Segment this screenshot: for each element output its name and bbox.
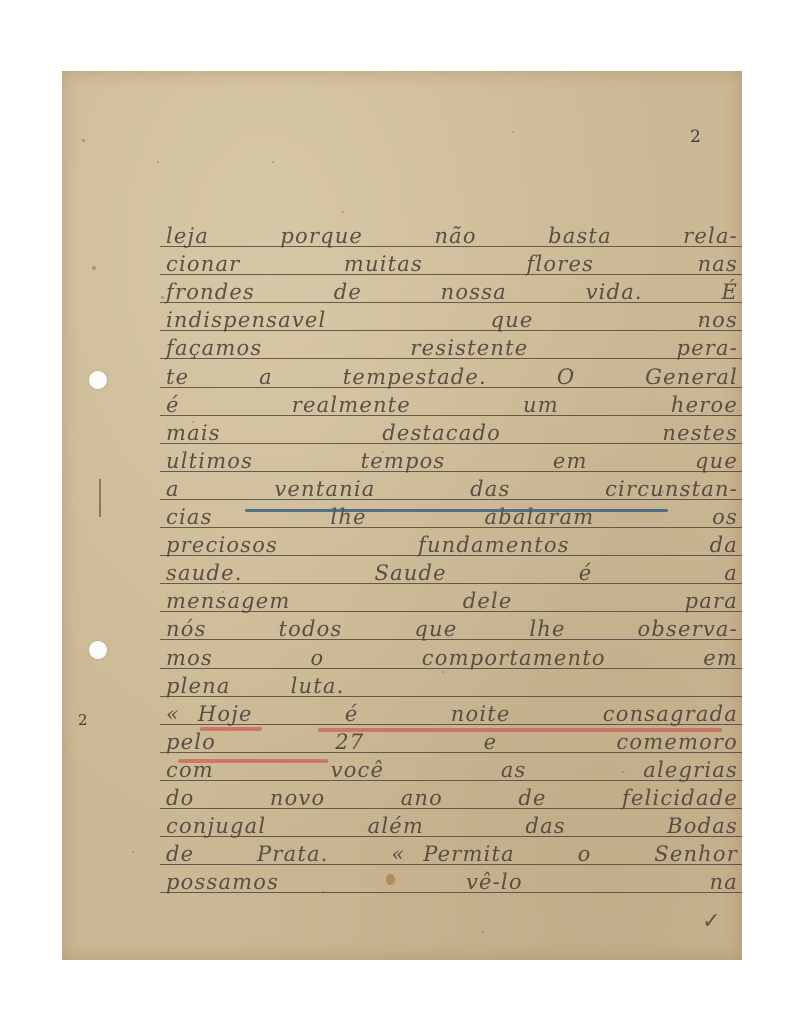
paper-speck [82,139,85,142]
paper-speck [512,131,514,133]
handwritten-word: fundamentos [418,533,570,557]
handwritten-word: é [166,393,180,417]
handwritten-word: o [310,646,324,670]
paper-speck [572,371,574,373]
handwritten-word: na [710,870,738,894]
handwritten-word: cionar [166,252,240,276]
paper-speck [157,161,159,163]
handwritten-word: que [414,617,457,641]
handwritten-word: observa- [638,617,738,641]
handwritten-word: lhe [529,617,565,641]
handwritten-word: a [166,477,180,501]
handwritten-word: de [334,280,362,304]
handwritten-word: das [525,814,565,838]
handwritten-word: luta. [291,674,345,698]
handwritten-word: comportamento [422,646,606,670]
paper-speck [702,321,704,323]
handwritten-word: te [166,365,189,389]
handwritten-word: circunstan- [605,477,738,501]
paper-speck [132,851,134,853]
red-pencil-underline-pelo-27 [178,759,328,763]
handwritten-word: do [166,786,195,810]
handwritten-word: nós [166,617,207,641]
handwritten-word: porque [280,224,363,248]
handwritten-line: teatempestade.OGeneral [166,365,738,389]
handwritten-word: felicidade [622,786,738,810]
handwritten-line: indispensavelquenos [166,308,738,332]
handwritten-word: tempestade. [343,365,487,389]
paper-speck [482,931,484,933]
paper-speck [192,421,194,423]
handwritten-line: donovoanodefelicidade [166,786,738,810]
handwritten-word: os [712,505,738,529]
handwritten-word: resistente [410,336,528,360]
paper-speck [562,831,564,833]
handwritten-word: saude. [166,561,243,585]
handwritten-line: « Hojeénoiteconsagrada [166,702,738,726]
handwritten-word: a [724,561,738,585]
handwritten-word: mos [166,646,213,670]
handwritten-word: ventania [274,477,375,501]
handwritten-line: cionarmuitasfloresnas [166,252,738,276]
handwritten-line: saude.Saudeéa [166,561,738,585]
handwritten-word: plena [166,674,231,698]
handwritten-word: preciosos [166,533,278,557]
handwritten-word: as [501,758,527,782]
handwritten-word: todos [278,617,342,641]
margin-number: 2 [78,711,88,729]
page-number: 2 [690,127,701,147]
handwritten-word: da [710,533,738,557]
handwritten-word: tempos [361,449,446,473]
punch-hole-top [89,371,107,389]
handwritten-word: Senhor [654,842,738,866]
handwritten-word: alegrias [643,758,738,782]
handwritten-word: É [721,280,738,304]
handwritten-word: ano [401,786,443,810]
handwritten-word: O [557,365,575,389]
handwritten-line: preciososfundamentosda [166,533,738,557]
handwritten-word: um [523,393,559,417]
handwritten-line: façamosresistentepera- [166,336,738,360]
handwritten-word: comemoro [616,730,738,754]
handwritten-word: mensagem [166,589,291,613]
handwritten-line: frondesdenossavida.É [166,280,738,304]
handwritten-word: « Permita [391,842,515,866]
handwritten-word: em [703,646,738,670]
handwritten-word: e [484,730,498,754]
handwritten-word: dele [463,589,513,613]
handwritten-word: cias [166,505,213,529]
handwritten-word: nas [698,252,738,276]
paper-speck [322,891,324,893]
handwritten-word: o [578,842,592,866]
handwritten-word: conjugal [166,814,266,838]
handwritten-word: é [579,561,593,585]
handwritten-line: dePrata.« PermitaoSenhor [166,842,738,866]
handwritten-word: General [645,365,738,389]
handwritten-word: de [166,842,194,866]
handwritten-word: nos [697,308,738,332]
paper-speck [662,491,664,493]
handwritten-line: érealmenteumheroe [166,393,738,417]
paper-crease-mark [99,479,101,517]
handwritten-word: heroe [671,393,738,417]
handwritten-word: ultimos [166,449,253,473]
handwritten-word: que [490,308,533,332]
handwritten-word: flores [527,252,595,276]
handwritten-word: leja [166,224,209,248]
handwritten-word: pera- [676,336,738,360]
handwritten-word: « Hoje [166,702,253,726]
handwritten-word: destacado [382,421,501,445]
handwritten-word: é [345,702,359,726]
handwritten-word: pelo [166,730,216,754]
handwritten-word: basta [548,224,612,248]
handwritten-line: possamosvê-lona [166,870,738,894]
handwritten-word: você [331,758,385,782]
handwritten-line: pelo27ecomemoro [166,730,738,754]
handwritten-word: Prata. [257,842,329,866]
paper-speck [622,771,624,773]
handwritten-line: lejaporquenãobastarela- [166,224,738,248]
handwritten-word: a [259,365,273,389]
handwritten-word: Bodas [667,814,738,838]
handwritten-word: frondes [166,280,255,304]
punch-hole-bottom [89,641,107,659]
red-pencil-underline-hoje [200,727,262,731]
handwritten-line: conjugalalémdasBodas [166,814,738,838]
handwritten-word: noite [451,702,511,726]
handwritten-line: nóstodosquelheobserva- [166,617,738,641]
handwritten-word: em [553,449,588,473]
handwritten-line: mosocomportamentoem [166,646,738,670]
handwritten-word: além [368,814,424,838]
check-mark: ✓ [702,909,720,934]
paper-speck [222,591,224,593]
paper-speck [161,296,164,299]
handwritten-word: indispensavel [166,308,326,332]
paper-speck [672,631,674,633]
red-pencil-underline-noite-consagrada [318,728,722,732]
handwritten-word: rela- [683,224,738,248]
handwritten-word: 27 [335,730,364,754]
manuscript-page: 2 2 lejaporquenãobastarela-cionarmuitasf… [62,71,742,960]
handwritten-word: das [470,477,510,501]
paper-speck [382,451,384,453]
handwritten-word: realmente [292,393,411,417]
handwritten-word: novo [270,786,325,810]
paper-speck [92,266,96,270]
handwritten-word: vida. [586,280,643,304]
paper-speck [272,161,274,163]
paper-speck [442,671,444,673]
handwritten-word: não [434,224,476,248]
handwritten-line: plenaluta. [166,674,738,698]
handwritten-word: mais [166,421,221,445]
handwritten-word: que [695,449,738,473]
blue-pencil-underline [245,509,668,512]
handwritten-word: possamos [166,870,279,894]
handwritten-word: façamos [166,336,262,360]
handwritten-line: maisdestacadonestes [166,421,738,445]
handwritten-word: Saude [374,561,446,585]
handwritten-line: aventaniadascircunstan- [166,477,738,501]
handwritten-word: muitas [344,252,423,276]
handwritten-line: ultimostemposemque [166,449,738,473]
handwritten-word: consagrada [603,702,738,726]
handwritten-word: para [685,589,738,613]
handwritten-word: nossa [441,280,507,304]
paper-speck [342,211,344,213]
handwritten-word: vê-lo [466,870,523,894]
handwritten-word: nestes [662,421,738,445]
handwritten-word: de [518,786,546,810]
handwritten-line: mensagemdelepara [166,589,738,613]
